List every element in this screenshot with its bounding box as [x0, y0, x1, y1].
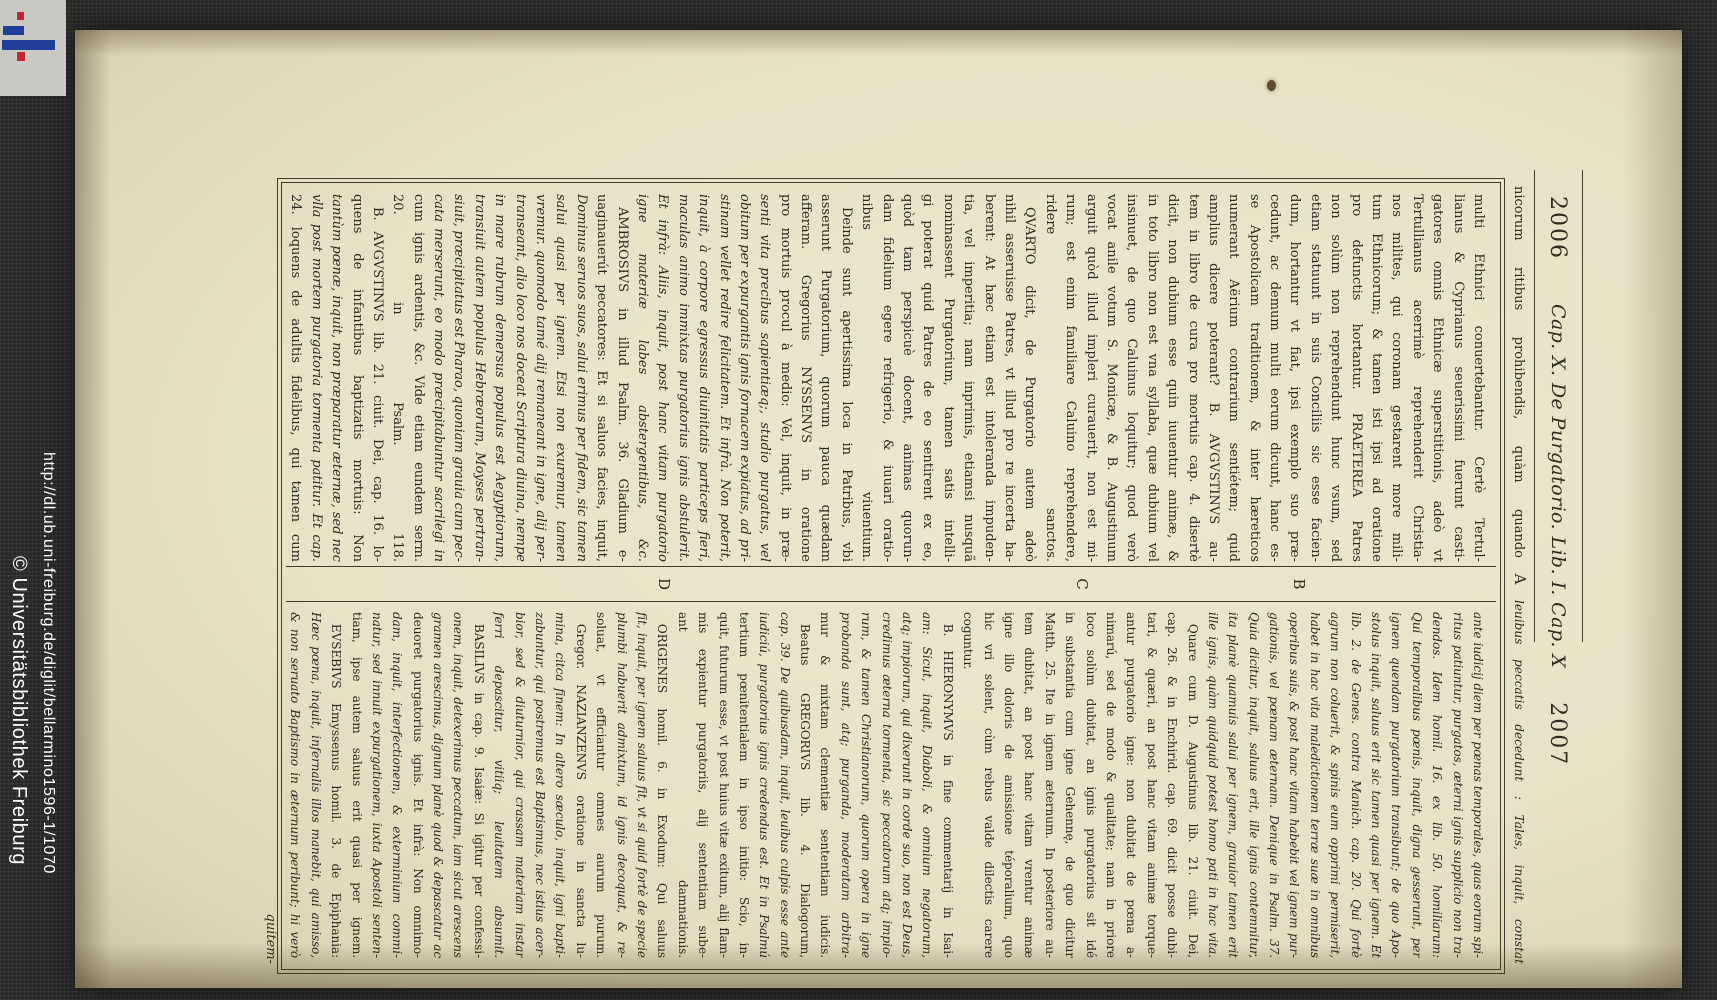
text-line: & non seruato Baptismo in æternum peribu… — [285, 612, 305, 958]
text-line: dum, hortantur vt fiat, ipsi exemplo suo… — [1284, 194, 1304, 562]
text-line: EVSEBIVS Emyssenus homil. 3. de Epiphani… — [326, 612, 346, 958]
text-line: asserunt Purgatorium, quorum pauca quæda… — [815, 194, 835, 562]
text-line: arguit quòd illud impleri curauerit, non… — [1080, 194, 1100, 562]
text-line: rum, & tamen Christianorum, quorum opera… — [856, 612, 876, 958]
text-columns: multi Ethnici conuertebantur. Certè Tert… — [286, 182, 1496, 968]
text-line: non solùm non reprehendunt hunc vsum, se… — [1325, 194, 1345, 562]
text-line: dicit, non dubium esse quin iuuentur ani… — [1162, 194, 1182, 562]
text-line: maculas animo immixtas purgatorius ignis… — [672, 194, 692, 562]
text-line: deuoret purgatorius ignis. Et infrà: Non… — [407, 612, 427, 958]
text-line: gramen arescimus, dignum planè quod & de… — [428, 612, 448, 958]
text-line: ant damnationis. — [672, 612, 692, 958]
text-line: quòd tam perspicuè docent, animas quorun… — [897, 194, 917, 562]
text-line: igne materiæ labes abstergentibus, &c. — [632, 194, 652, 562]
text-line: tantùm pœnæ, inquit, non præparatur æter… — [326, 194, 346, 562]
text-line: tem in libro de cura pro mortuis cap. 4.… — [1182, 194, 1202, 562]
text-line: berent: At hæc etiam est intoleranda imp… — [978, 194, 998, 562]
text-line: natur, sed innuit expurgationem, iuxta A… — [367, 612, 387, 958]
text-line: ferri depascitur, vitiiq; leuitatem absu… — [489, 612, 509, 958]
text-line: se Apostolicam traditionem, & inter hære… — [1243, 194, 1263, 562]
first-line-left-column: nicorum ritibus prohibendis, quàm quando — [1505, 186, 1526, 558]
text-line: tum Ethnicorum; & tamen isti ipsi ad ora… — [1366, 194, 1386, 562]
text-line: lianus & Cyprianus seuerissimi fuerunt c… — [1447, 194, 1467, 562]
text-line: cum ignis ardentis, &c. Vide etiam eunde… — [407, 194, 427, 562]
copyright-text: © Universitätsbibliothek Freiburg — [7, 556, 30, 865]
text-line: inquit, à corpore egressus diuinitatis p… — [693, 194, 713, 562]
text-line: dam, inquit, interfectionem, & extermini… — [387, 612, 407, 958]
text-line: senti vita precibus sapientiæq;, studio … — [754, 194, 774, 562]
text-line: plumbi habuerit admixtum, id ignis decoq… — [611, 612, 631, 958]
text-line: 24. loquens de adultis fidelibus, qui ta… — [285, 194, 305, 562]
text-line: stinam vellet redire felicitatem. Et inf… — [713, 194, 733, 562]
text-line: pro defunctis hortantur. PRAETEREA Patre… — [1345, 194, 1365, 562]
text-line: atq; impiorum, qui dixerunt in corde suo… — [897, 612, 917, 958]
text-line: habet in hac vita maledictionem terræ su… — [1304, 612, 1324, 958]
text-line: stolus inquit, saluus erit sic tamen qua… — [1366, 612, 1386, 958]
column-left: multi Ethnici conuertebantur. Certè Tert… — [286, 182, 1496, 566]
text-line: QVARTO dicit, de Purgatorio autem adeò — [1019, 194, 1039, 562]
running-title: Cap. X. De Purgatorio. Lib. I. Cap. X — [1547, 304, 1569, 668]
scan-viewer: 2006 Cap. X. De Purgatorio. Lib. I. Cap.… — [0, 0, 1717, 1000]
text-line: numerant Aërium contrarium sentiétem; qu… — [1223, 194, 1243, 562]
first-line-right-column: leuibus peccatis decedunt : Tales, inqui… — [1505, 600, 1526, 964]
text-line: Qui temporalibus pœnis, inquit, digna ge… — [1406, 612, 1426, 958]
text-line: Matth. 25. Ite in ignem æternum. In post… — [1039, 612, 1059, 958]
text-line: tem dubitat, an post hanc vitam vrentur … — [1019, 612, 1039, 958]
text-line: Hæc pœna, inquit, infernalis illos maneb… — [305, 612, 325, 958]
text-line: gi poterat quid Patres de eo sentirent e… — [917, 194, 937, 562]
text-line: agrum non coluerit, & spinis eum opprimi… — [1325, 612, 1345, 958]
text-line: uaginauerút peccatores: Et si saluos fac… — [591, 194, 611, 562]
text-line: amplius dicere poterant? B. AVGVSTINVS a… — [1203, 194, 1223, 562]
text-line: nihil asseruisse Patres, vt illud pro re… — [999, 194, 1019, 562]
text-line: cata merserunt, eo modo præcipitabuntur … — [428, 194, 448, 562]
text-line: B. HIERONYMVS in fine commentarij in Isa… — [937, 612, 957, 958]
text-line: B. AVGVSTINVS lib. 21. ciuit. Dei, cap. … — [367, 194, 387, 562]
text-line: AMBROSIVS in illud Psalm. 36. Gladium e- — [611, 194, 631, 562]
text-line: in toto libro non est vna syllaba, quæ d… — [1141, 194, 1161, 562]
gutter-letter-b: B — [1290, 567, 1308, 601]
text-line: salui quasi per ignem. Etsi non exuremur… — [550, 194, 570, 562]
text-line: in substantia cum igne Gehennę, de quo d… — [1060, 612, 1080, 958]
text-line: quit, futurum esse, vt post huius vitæ e… — [713, 612, 733, 958]
text-line: cap. 39. De quibusdam, inquit, leuibus c… — [774, 612, 794, 958]
text-line: Beatus GREGORIVS lib. 4. Dialogorum, — [795, 612, 815, 958]
text-line: insinuet, de quo Caluinus loquitur; quod… — [1121, 194, 1141, 562]
text-line: transiuit autem populus Hebræorum, Moyse… — [468, 194, 488, 562]
text-line: am: Sicut, inquit, Diaboli, & omnium neg… — [917, 612, 937, 958]
text-line: etiam statuunt in suis Conciliis sic ess… — [1304, 194, 1324, 562]
text-line: tari, & quæri, an post hanc vitam animæ … — [1141, 612, 1161, 958]
text-line: afferam. Gregorius NYSSENVS in oratione — [795, 194, 815, 562]
text-line: vremur. quomodo tamé alij remaneant in i… — [530, 194, 550, 562]
text-line: ante iudicij diem per pœnas temporales, … — [1468, 612, 1488, 958]
book-page-rotated-wrapper: 2006 Cap. X. De Purgatorio. Lib. I. Cap.… — [75, 30, 1682, 988]
text-line: dendos. Idem homil. 16. ex lib. 50. homi… — [1427, 612, 1447, 958]
text-line: cap. 26. & in Enchirid. cap. 69. dicit p… — [1162, 612, 1182, 958]
text-line: nos milites, qui coronam gestarent more … — [1386, 194, 1406, 562]
ub-freiburg-registration-mark-icon — [0, 0, 66, 96]
text-line: igne illo doloris de amissione téporaliu… — [999, 612, 1019, 958]
text-line: credimus æterna tormenta, sic peccatorum… — [876, 612, 896, 958]
text-line: vlla post mortem purgatoria tormenta pat… — [305, 194, 325, 562]
text-line: mis expientur purgatoriis, alij sententi… — [693, 612, 713, 958]
page-header: 2006 Cap. X. De Purgatorio. Lib. I. Cap.… — [1536, 170, 1580, 642]
text-line: tia, vel imperitia; nam inprimis, etiams… — [958, 194, 978, 562]
text-line: transeant, alio loco nos doceat Scriptur… — [509, 194, 529, 562]
text-line: BASILIVS in cap. 9. Isaiæ: Si igitur per… — [468, 612, 488, 958]
text-line: probanda sunt, atq; purganda, moderatam … — [836, 612, 856, 958]
text-line: mina, citca finem: In altero sæculo, inq… — [550, 612, 570, 958]
first-text-line: nicorum ritibus prohibendis, quàm quando… — [1507, 186, 1529, 964]
text-line: dam fidelium egere refrigerio, & iuuari … — [876, 194, 896, 562]
text-line: nimarú, sed de modo & qualitate; nam in … — [1101, 612, 1121, 958]
text-line: mur & mixtam clementiæ sententiam iudici… — [815, 612, 835, 958]
catchword: quitem- — [263, 720, 278, 964]
text-line: Et infrà: Aliis, inquit, post hanc vitam… — [652, 194, 672, 562]
header-rule-top — [1582, 170, 1583, 642]
text-line: siuit, præcipitatus est Pharao, quoniam … — [448, 194, 468, 562]
text-line: tertium pœnitentialem in ipso initio: Sc… — [734, 612, 754, 958]
text-line: bior, sed & diuturnior, qui crassam mate… — [509, 612, 529, 958]
gutter-letter-d: D — [655, 567, 673, 601]
text-line: ritus patiuntur, purgatos, æterni ignis … — [1447, 612, 1467, 958]
text-line: ridere sanctos. — [1039, 194, 1059, 562]
text-line: rum; est enim familiare Caluino reprehen… — [1060, 194, 1080, 562]
text-line: Quia dicitur, inquit, saluus erit, ille … — [1243, 612, 1263, 958]
text-line: lib. 2. de Genes. contra Manich. cap. 20… — [1345, 612, 1365, 958]
column-number-right: 2007 — [1546, 702, 1571, 766]
red-square-bottom-icon — [17, 52, 25, 61]
text-line: onem, inquit, detexerimus peccatum, iam … — [448, 612, 468, 958]
text-line: multi Ethnici conuertebantur. Certè Tert… — [1468, 194, 1488, 562]
text-line: in mare rubrum demersus populus est Aegy… — [489, 194, 509, 562]
column-gutter: BCD — [286, 566, 1496, 602]
column-number-left: 2006 — [1546, 196, 1571, 260]
text-line: soluat, vt efficiantur omnes aurum purum… — [591, 612, 611, 958]
text-line: obitum per expurgantis ignis fornacem ex… — [734, 194, 754, 562]
gutter-letter-a: A — [1511, 558, 1529, 600]
text-line: ita planè quamuis salui per ignem, graui… — [1223, 612, 1243, 958]
text-line: iudiciú, purgatorius ignis credendus est… — [754, 612, 774, 958]
text-line: gatores omnis Ethnicæ superstitionis, ad… — [1427, 194, 1447, 562]
text-line: Tertullianus acerrimè reprehenderit Chri… — [1406, 194, 1426, 562]
red-square-top-icon — [17, 12, 24, 20]
text-line: nibus viuentium. — [856, 194, 876, 562]
text-line: Dominus seruos suos, salui erimus per fi… — [570, 194, 590, 562]
gutter-letter-c: C — [1073, 567, 1091, 601]
text-line: fit, inquit, per ignem saluus fit, vt si… — [632, 612, 652, 958]
source-url-text: http://dl.ub.uni-freiburg.de/diglit/bell… — [39, 452, 57, 874]
text-line: quens de infantibus baptizatis mortuis: … — [346, 194, 366, 562]
text-line: Deinde sunt apertissima loca in Patribus… — [836, 194, 856, 562]
text-line: antur purgatorio igne: non dubitat de pœ… — [1121, 612, 1141, 958]
text-line: pro mortuis procul à medio: Vel, inquit,… — [774, 194, 794, 562]
text-line: ORIGENES homil. 6. in Exodum: Qui saluus — [652, 612, 672, 958]
page-stain — [1267, 80, 1276, 91]
blue-bar-long-icon — [2, 40, 55, 50]
text-line: zabuntur, qui postremus est Baptismus, n… — [530, 612, 550, 958]
book-page: 2006 Cap. X. De Purgatorio. Lib. I. Cap.… — [75, 30, 1682, 988]
text-line: coguntur. — [958, 612, 978, 958]
text-line: ille ignis, quàm quidquid potest homo pa… — [1203, 612, 1223, 958]
text-line: cedunt, ac demum multi eorum dicunt, han… — [1264, 194, 1284, 562]
header-rule-bottom — [1534, 170, 1535, 642]
text-line: vocat anile votum S. Monicæ, & B. August… — [1101, 194, 1121, 562]
blue-bar-short-icon — [3, 26, 24, 35]
text-line: tiam, ipse autem saluus erit quasi per i… — [346, 612, 366, 958]
text-line: ignem quendam purgatorium transibunt; de… — [1386, 612, 1406, 958]
text-line: Gregor. NAZIANZENVS oratione in sancta l… — [570, 612, 590, 958]
text-line: hic vri solent, cùm rebus valde dilectis… — [978, 612, 998, 958]
column-right: ante iudicij diem per pœnas temporales, … — [286, 602, 1496, 968]
text-line: operibus suis, & post hanc vitam habebit… — [1284, 612, 1304, 958]
text-line: Quare cum D. Augustinus lib. 21. ciuit. … — [1182, 612, 1202, 958]
text-line: 20. in Psalm. 118. — [387, 194, 407, 562]
text-line: loco solùm dubitat, an ignis purgatorius… — [1080, 612, 1100, 958]
text-line: gationis, vel pœnam æternam. Denique in … — [1264, 612, 1284, 958]
text-line: nominassent Purgatorium, tamen satis int… — [937, 194, 957, 562]
